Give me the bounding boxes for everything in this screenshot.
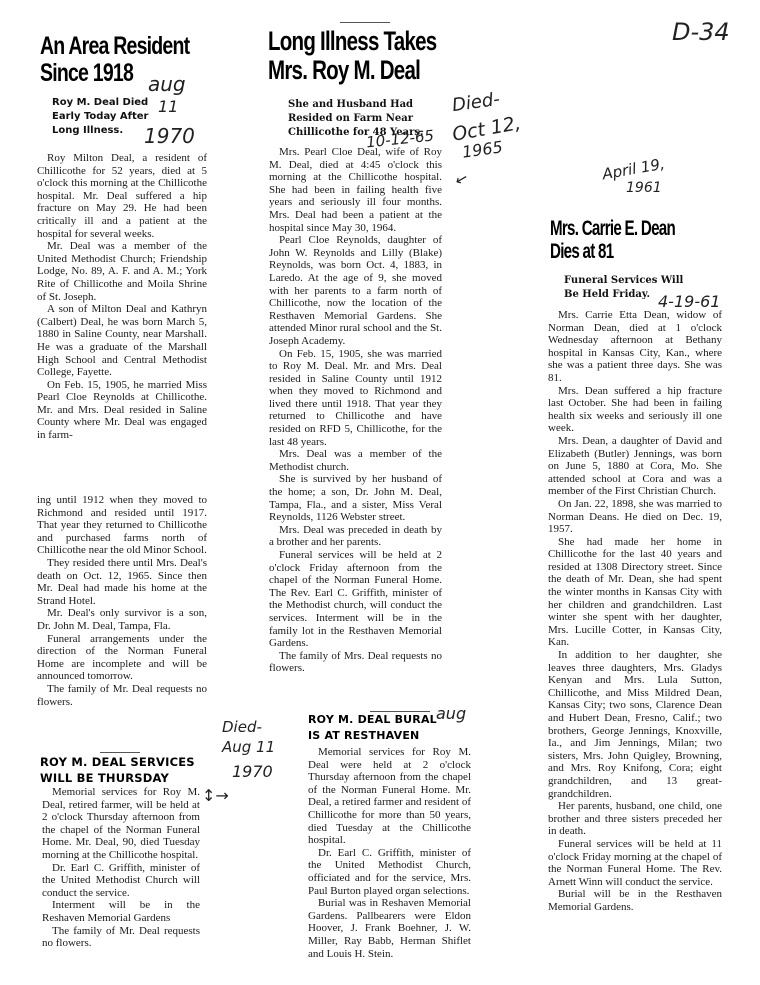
headline-line-1: Long Illness Takes: [268, 28, 458, 55]
paragraph: Mrs. Dean suffered a hip fracture last O…: [548, 385, 722, 435]
subhead-line-1: Roy M. Deal Died: [52, 96, 218, 110]
paragraph: Dr. Earl C. Griffith, minister of the Un…: [42, 862, 200, 900]
paragraph: Interment will be in the Reshaven Memori…: [42, 899, 200, 924]
paragraph: Mrs. Pearl Cloe Deal, wife of Roy M. Dea…: [269, 146, 442, 234]
paragraph: The family of Mr. Deal requests no flowe…: [42, 925, 200, 950]
article-body-long-illness: Mrs. Pearl Cloe Deal, wife of Roy M. Dea…: [269, 146, 442, 675]
headline-line-1: ROY M. DEAL SERVICES: [40, 754, 240, 770]
handwritten-year-top: 1961: [626, 180, 662, 196]
paragraph: Funeral services will be held at 2 o'clo…: [269, 549, 442, 650]
paragraph: Pearl Cloe Reynolds, daughter of John W.…: [269, 234, 442, 347]
article-body-area-resident: Roy Milton Deal, a resident of Chillicot…: [37, 152, 207, 442]
paragraph: Memorial services for Roy M. Deal were h…: [308, 746, 471, 847]
paragraph: ing until 1912 when they moved to Richmo…: [37, 494, 207, 557]
paragraph: On Feb. 15, 1905, he married Miss Pearl …: [37, 379, 207, 442]
paragraph: The family of Mrs. Deal requests no flow…: [269, 650, 442, 675]
paragraph: A son of Milton Deal and Kathryn (Calber…: [37, 303, 207, 379]
paragraph: On Jan. 22, 1898, she was married to Nor…: [548, 498, 722, 536]
handwritten-died-year: 1965: [461, 137, 504, 161]
headline-line-1: ROY M. DEAL BURAL: [308, 712, 528, 728]
column-rule: [100, 752, 140, 753]
paragraph: Mrs. Carrie Etta Dean, widow of Norman D…: [548, 309, 722, 385]
article-body-deal-services: Memorial services for Roy M. Deal, retir…: [42, 786, 200, 950]
headline-line-2: IS AT RESTHAVEN: [308, 728, 528, 744]
paragraph: Funeral arrangements under the direction…: [37, 633, 207, 683]
handwritten-month: aug: [148, 72, 186, 96]
clipping-deal-services: ROY M. DEAL SERVICES WILL BE THURSDAY: [40, 754, 240, 786]
paragraph: They resided there until Mrs. Deal's dea…: [37, 557, 207, 607]
paragraph: She is survived by her husband of the ho…: [269, 473, 442, 523]
handwritten-died-year: 1970: [232, 762, 273, 781]
handwritten-year: 1970: [144, 124, 195, 148]
clipping-carrie-dean: Mrs. Carrie E. Dean Dies at 81 Funeral S…: [550, 218, 750, 302]
paragraph: Mrs. Deal was a member of the Methodist …: [269, 448, 442, 473]
paragraph: In addition to her daughter, she leaves …: [548, 649, 722, 800]
headline-line-2: Mrs. Roy M. Deal: [268, 57, 458, 84]
article-body-carrie-dean: Mrs. Carrie Etta Dean, widow of Norman D…: [548, 309, 722, 914]
paragraph: The family of Mr. Deal requests no flowe…: [37, 683, 207, 708]
paragraph: Mr. Deal's only survivor is a son, Dr. J…: [37, 607, 207, 632]
paragraph: Mrs. Dean, a daughter of David and Eliza…: [548, 435, 722, 498]
article-body-deal-burial: Memorial services for Roy M. Deal were h…: [308, 746, 471, 960]
paragraph: Funeral services will be held at 11 o'cl…: [548, 838, 722, 888]
paragraph: Her parents, husband, one child, one bro…: [548, 800, 722, 838]
headline-line-2: Dies at 81: [550, 241, 694, 262]
paragraph: Memorial services for Roy M. Deal, retir…: [42, 786, 200, 862]
handwritten-month: aug: [436, 704, 466, 723]
clipping-area-resident: An Area Resident Since 1918 Roy M. Deal …: [40, 34, 218, 138]
headline-line-1: An Area Resident: [40, 34, 179, 59]
subhead-line-2: Be Held Friday.: [564, 288, 750, 302]
article-body-area-resident-cont: ing until 1912 when they moved to Richmo…: [37, 494, 207, 708]
clipping-deal-burial: ROY M. DEAL BURAL IS AT RESTHAVEN: [308, 712, 528, 744]
subhead-line-2: Early Today After: [52, 110, 218, 124]
paragraph: Dr. Earl C. Griffith, minister of the Un…: [308, 847, 471, 897]
paragraph: On Feb. 15, 1905, she was married to Roy…: [269, 348, 442, 449]
headline-line-1: Mrs. Carrie E. Dean: [550, 218, 694, 239]
paragraph: Mrs. Deal was preceded in death by a bro…: [269, 524, 442, 549]
page-label-handwriting: D-34: [672, 18, 730, 46]
handwritten-day: 11: [158, 97, 178, 116]
arrow-icon: ↕→: [202, 786, 229, 805]
paragraph: Burial will be in the Resthaven Memorial…: [548, 888, 722, 913]
subhead-line-1: Funeral Services Will: [564, 274, 750, 288]
handwritten-died-date: Aug 11: [222, 738, 275, 756]
paragraph: Roy Milton Deal, a resident of Chillicot…: [37, 152, 207, 240]
headline-line-2: WILL BE THURSDAY: [40, 770, 240, 786]
column-rule: [340, 22, 390, 23]
paragraph: Mr. Deal was a member of the United Meth…: [37, 240, 207, 303]
arrow-icon: ←: [451, 168, 471, 190]
paragraph: Burial was in Reshaven Memorial Gardens.…: [308, 897, 471, 960]
paragraph: She had made her home in Chillicothe for…: [548, 536, 722, 649]
handwritten-died-label: Died-: [222, 718, 262, 736]
